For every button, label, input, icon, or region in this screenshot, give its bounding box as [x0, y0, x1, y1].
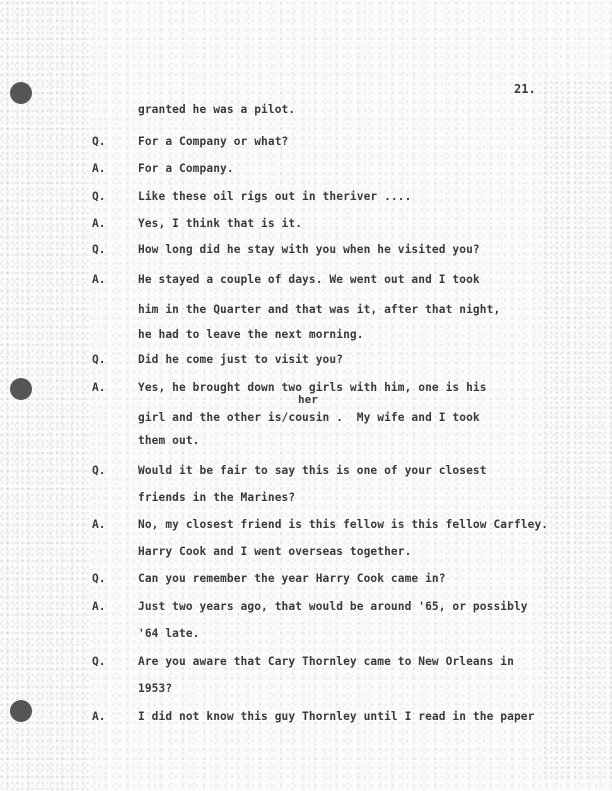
transcript-line: he had to leave the next morning. — [138, 328, 364, 341]
transcript-line: Are you aware that Cary Thornley came to… — [138, 655, 514, 668]
transcript-line: Yes, I think that is it. — [138, 217, 302, 230]
transcript-line: I did not know this guy Thornley until I… — [138, 710, 534, 723]
transcript-line: him in the Quarter and that was it, afte… — [138, 303, 500, 316]
transcript-line: 1953? — [138, 682, 172, 695]
page-number: 21. — [514, 82, 536, 96]
transcript-line: granted he was a pilot. — [138, 103, 295, 116]
transcript-line: them out. — [138, 434, 200, 447]
transcript-line: For a Company. — [138, 162, 234, 175]
transcript-line: Just two years ago, that would be around… — [138, 600, 528, 613]
transcript-line: Like these oil rigs out in theriver .... — [138, 190, 411, 203]
transcript-line: '64 late. — [138, 627, 200, 640]
handwritten-interlineation: her — [298, 393, 318, 406]
speaker-label: Q. — [92, 464, 105, 477]
speaker-label: A. — [92, 273, 105, 286]
speaker-label: A. — [92, 162, 105, 175]
speaker-label: A. — [92, 600, 105, 613]
speaker-label: Q. — [92, 135, 105, 148]
transcript-line: For a Company or what? — [138, 135, 288, 148]
punch-hole-bottom — [10, 700, 32, 722]
transcript-line: Would it be fair to say this is one of y… — [138, 464, 487, 477]
transcript-line: Did he come just to visit you? — [138, 353, 343, 366]
speaker-label: A. — [92, 518, 105, 531]
scan-noise-right — [542, 80, 612, 780]
speaker-label: Q. — [92, 190, 105, 203]
transcript-line: Can you remember the year Harry Cook cam… — [138, 572, 446, 585]
speaker-label: Q. — [92, 243, 105, 256]
transcript-line: girl and the other is/cousin . My wife a… — [138, 411, 480, 424]
speaker-label: A. — [92, 217, 105, 230]
punch-hole-middle — [10, 378, 32, 400]
transcript-line: Harry Cook and I went overseas together. — [138, 545, 411, 558]
transcript-line: No, my closest friend is this fellow is … — [138, 518, 548, 531]
document-page: 21. granted he was a pilot.Q.For a Compa… — [0, 0, 612, 791]
speaker-label: Q. — [92, 655, 105, 668]
transcript-line: How long did he stay with you when he vi… — [138, 243, 480, 256]
transcript-line: He stayed a couple of days. We went out … — [138, 273, 480, 286]
speaker-label: Q. — [92, 572, 105, 585]
speaker-label: Q. — [92, 353, 105, 366]
speaker-label: A. — [92, 381, 105, 394]
punch-hole-top — [10, 82, 32, 104]
speaker-label: A. — [92, 710, 105, 723]
transcript-line: friends in the Marines? — [138, 491, 295, 504]
